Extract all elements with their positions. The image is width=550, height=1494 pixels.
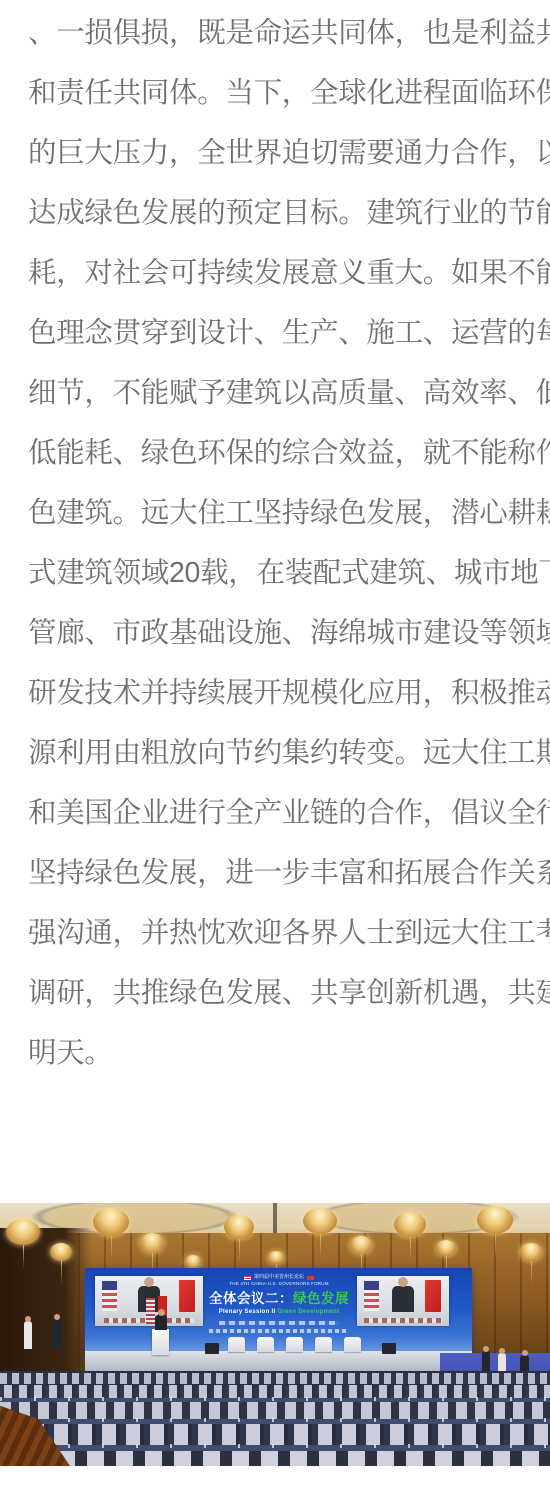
audience-row — [0, 1402, 550, 1419]
article-line: 研发技术并持续展开规模化应用，积极推动资 — [28, 660, 522, 720]
sponsor-logo-strip — [219, 1321, 339, 1325]
chandelier — [303, 1208, 337, 1234]
venue-text-strip — [209, 1329, 349, 1333]
backdrop-text-block: 第四届中美省州长论坛 THE 4TH CHINA-U.S. GOVERNORS … — [203, 1274, 355, 1333]
water-bottles — [0, 1444, 550, 1448]
stage-floor — [85, 1351, 472, 1373]
audience-row — [0, 1451, 550, 1466]
china-flag-icon — [425, 1280, 441, 1312]
stage-monitor — [382, 1343, 396, 1354]
chandelier — [140, 1233, 164, 1253]
water-bottles — [0, 1397, 550, 1401]
podium — [152, 1329, 169, 1355]
wall-shadow — [0, 1228, 92, 1383]
stage-chair — [315, 1337, 332, 1352]
forum-name-zh: 第四届中美省州长论坛 — [254, 1274, 304, 1281]
session-title-green: 绿色发展 — [293, 1291, 349, 1306]
article-line: 式建筑领域20载，在装配式建筑、城市地下综合 — [28, 540, 522, 600]
conference-photo: 第四届中美省州长论坛 THE 4TH CHINA-U.S. GOVERNORS … — [0, 1203, 550, 1466]
article-line: 和责任共同体。当下，全球化进程面临环保领域 — [28, 60, 522, 120]
chandelier — [394, 1212, 426, 1237]
article-line: 、一损俱损，既是命运共同体，也是利益共同体 — [28, 0, 522, 60]
standing-person — [482, 1351, 490, 1373]
chandelier — [520, 1243, 542, 1261]
session-title-zh: 全体会议二：绿色发展 — [203, 1290, 355, 1308]
stage-chair — [257, 1337, 274, 1352]
session-title-prefix: 全体会议二： — [209, 1291, 293, 1306]
article-line: 强沟通，并热忱欢迎各界人士到远大住工考察 — [28, 900, 522, 960]
chandelier — [350, 1236, 372, 1254]
chandelier — [224, 1215, 254, 1239]
stage-chair — [286, 1337, 303, 1352]
speaker-on-screen — [392, 1286, 414, 1312]
standing-person — [24, 1321, 32, 1349]
stage-chair — [344, 1337, 361, 1352]
us-flag-icon — [102, 1281, 117, 1311]
china-flag-icon — [307, 1276, 314, 1280]
article-line: 源利用由粗放向节约集约转变。远大住工期待 — [28, 720, 522, 780]
chandelier — [93, 1208, 129, 1236]
article-line: 的巨大压力，全世界迫切需要通力合作，以确保 — [28, 120, 522, 180]
chandelier — [185, 1255, 201, 1269]
chandelier — [436, 1240, 456, 1256]
stage-backdrop: 第四届中美省州长论坛 THE 4TH CHINA-U.S. GOVERNORS … — [85, 1268, 472, 1356]
podium-speaker — [155, 1315, 167, 1330]
article-line: 低能耗、绿色环保的综合效益，就不能称作是绿 — [28, 420, 522, 480]
article-line: 管廊、市政基础设施、海绵城市建设等领域自主 — [28, 600, 522, 660]
forum-name-en: THE 4TH CHINA-U.S. GOVERNORS FORUM — [203, 1281, 355, 1287]
us-flag-icon — [364, 1281, 379, 1311]
article-line: 明天。 — [28, 1020, 522, 1080]
article-line: 和美国企业进行全产业链的合作，倡议全行业 — [28, 780, 522, 840]
led-screen-right — [357, 1276, 449, 1326]
us-flag-icon — [244, 1276, 251, 1280]
audience-row — [0, 1424, 550, 1445]
us-flag-icon — [146, 1298, 155, 1324]
screen-caption-strip — [364, 1318, 441, 1323]
stage-chair — [228, 1337, 245, 1352]
audience-row — [0, 1373, 550, 1384]
chandelier — [477, 1206, 513, 1234]
china-flag-icon — [179, 1280, 195, 1312]
session-subtitle-prefix: Plenary Session II — [219, 1309, 276, 1315]
article-body: 、一损俱损，既是命运共同体，也是利益共同体 和责任共同体。当下，全球化进程面临环… — [0, 0, 550, 1080]
article-line: 细节，不能赋予建筑以高质量、高效率、低成本、 — [28, 360, 522, 420]
water-bottles — [0, 1418, 550, 1422]
stage-monitor — [205, 1343, 219, 1354]
session-subtitle-green: Green Development — [277, 1309, 339, 1315]
article-line: 耗，对社会可持续发展意义重大。如果不能将绿 — [28, 240, 522, 300]
chandelier — [6, 1219, 40, 1245]
photographer — [52, 1319, 62, 1349]
session-title-en: Plenary Session II Green Development — [203, 1308, 355, 1316]
article-line: 达成绿色发展的预定目标。建筑行业的节能降 — [28, 180, 522, 240]
article-line: 调研，共推绿色发展、共享创新机遇，共建美好 — [28, 960, 522, 1020]
article-line: 坚持绿色发展，进一步丰富和拓展合作关系，加 — [28, 840, 522, 900]
chandelier — [50, 1243, 72, 1261]
chandelier — [268, 1251, 284, 1264]
article-line: 色理念贯穿到设计、生产、施工、运营的每一个 — [28, 300, 522, 360]
article-line: 色建筑。远大住工坚持绿色发展，潜心耕耘装配 — [28, 480, 522, 540]
forum-name-line: 第四届中美省州长论坛 — [203, 1274, 355, 1281]
page-footer-space — [0, 1466, 550, 1494]
